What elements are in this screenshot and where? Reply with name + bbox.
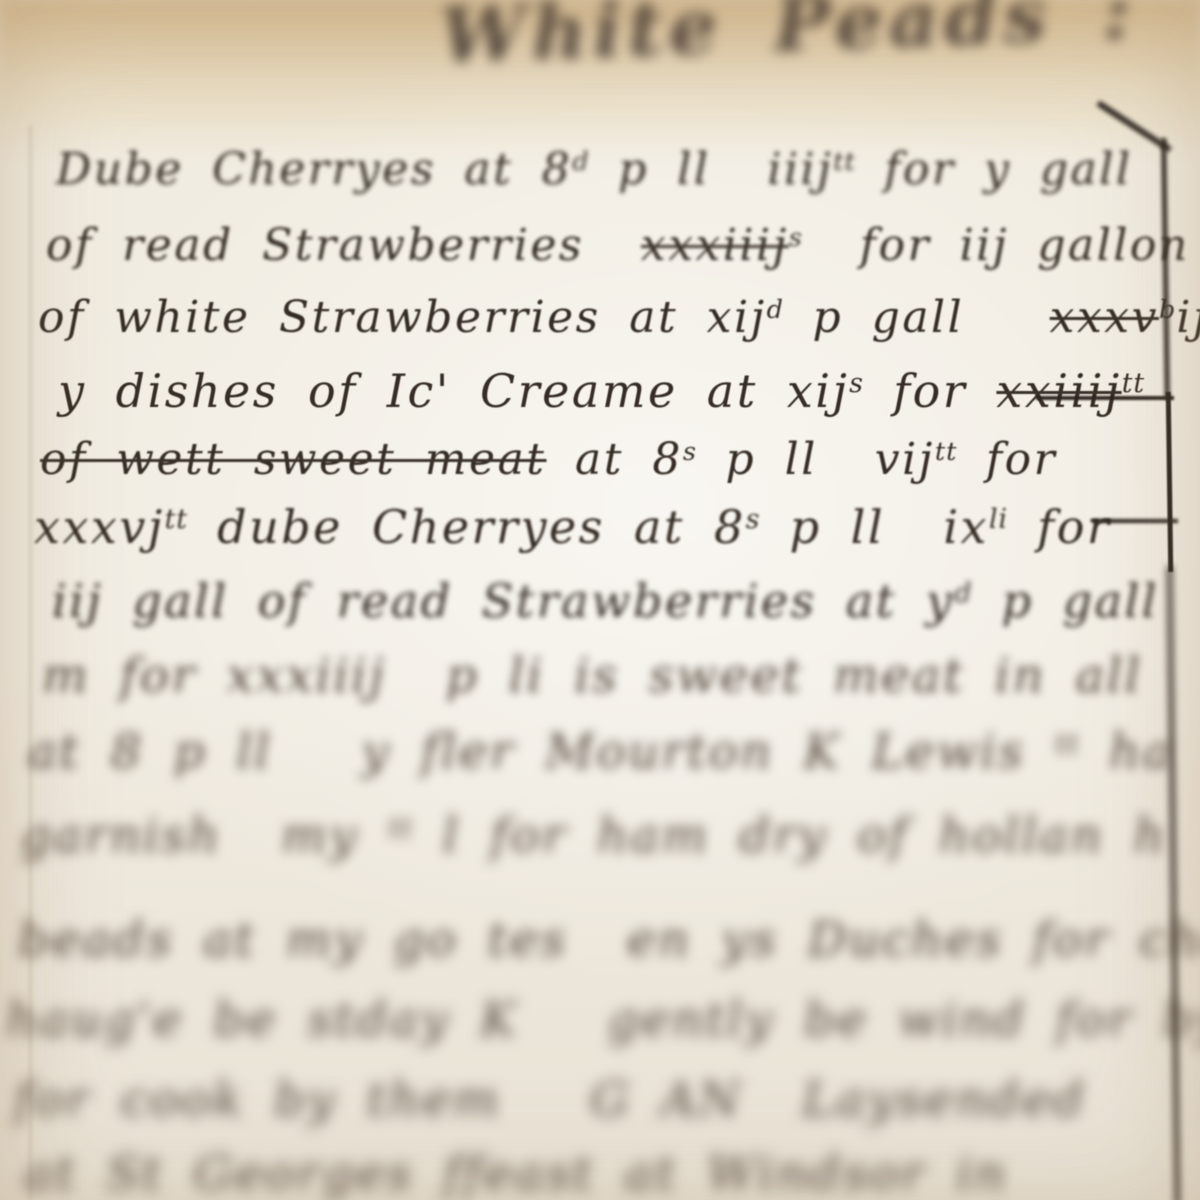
manuscript-text-segment: beads at my go tes en ys Duches for che	[18, 912, 1200, 968]
manuscript-text-segment: s	[683, 437, 697, 467]
manuscript-text-segment: xxxiiij	[641, 220, 789, 271]
manuscript-line: at 8 p ll y fler Mourton K Lewis tt ha	[28, 728, 1174, 776]
manuscript-text-segment: tt	[1122, 368, 1145, 399]
manuscript-text-segment: for iij gallon	[803, 220, 1190, 271]
manuscript-text-segment: d	[767, 295, 784, 325]
manuscript-line: for cook by them G AN Laysended	[14, 1076, 1086, 1124]
manuscript-text-segment: at St Georges ffeast at Windsor in	[24, 1146, 1008, 1200]
manuscript-text-segment: tt	[165, 504, 188, 535]
manuscript-text-segment: p ll	[697, 434, 875, 485]
manuscript-text-segment: li	[989, 504, 1008, 535]
manuscript-line: Dube Cherryes at 8d p ll iiijtt for y ga…	[56, 148, 1132, 192]
manuscript-text-segment: d	[572, 147, 589, 177]
manuscript-text-segment: ha	[1079, 724, 1173, 780]
manuscript-text-segment: at 8 p ll y fler Mourton K Lewis	[28, 724, 1055, 780]
ledger-rule-vertical-middle	[1166, 392, 1174, 572]
manuscript-text-segment: p gall	[784, 292, 1050, 343]
ledger-rule-tick-lower	[1092, 519, 1178, 523]
manuscript-text-segment: y dishes of Ic' Creame at xij	[58, 364, 849, 418]
manuscript-text-segment: of wett sweet meat	[40, 434, 546, 485]
manuscript-text-segment: s	[789, 223, 803, 253]
manuscript-text-segment: haug'e be stday K gently be wind for by	[6, 992, 1200, 1048]
manuscript-text-segment: d	[954, 578, 972, 609]
manuscript-text-segment: iiij	[767, 144, 833, 195]
manuscript-line: at St Georges ffeast at Windsor in	[24, 1150, 1008, 1198]
manuscript-text-segment: s	[849, 368, 864, 399]
manuscript-text-segment: ij	[1176, 292, 1200, 343]
manuscript-line: garnish my tt l for ham dry of hollan h	[20, 812, 1167, 860]
manuscript-text-segment: p ll ix	[760, 500, 989, 554]
manuscript-text-segment: vij	[875, 434, 935, 485]
ledger-rule-vertical-bottom	[1167, 566, 1180, 1200]
manuscript-text-segment: for y gall	[856, 144, 1133, 195]
manuscript-line: of wett sweet meat at 8s p ll vijtt for	[40, 438, 1057, 482]
manuscript-text-segment: garnish my	[20, 808, 389, 864]
manuscript-text-segment: tt	[389, 811, 413, 844]
manuscript-text-segment: tt	[833, 147, 856, 177]
manuscript-line: haug'e be stday K gently be wind for by	[6, 996, 1200, 1044]
manuscript-line: of read Strawberries xxxiiijs for iij ga…	[46, 224, 1190, 268]
manuscript-text-segment: xxxvj	[34, 500, 165, 554]
manuscript-text-segment: tt	[935, 437, 958, 467]
manuscript-line: iij gall of read Strawberries at yd p ga…	[52, 578, 1159, 624]
manuscript-text-segment: for	[864, 364, 996, 418]
manuscript-line: xxxvjtt dube Cherryes at 8s p ll ixli fo…	[34, 504, 1111, 550]
manuscript-text-segment: p ll	[590, 144, 768, 195]
manuscript-text-segment: for	[957, 434, 1057, 485]
manuscript-text-segment: tt	[1055, 727, 1079, 760]
manuscript-line: beads at my go tes en ys Duches for che	[18, 916, 1200, 964]
manuscript-text-segment: of white Strawberries at xij	[38, 292, 767, 343]
manuscript-text-segment: of read Strawberries	[46, 220, 641, 271]
manuscript-text-segment: p gall	[972, 574, 1159, 628]
manuscript-line: y dishes of Ic' Creame at xijs for xxiii…	[58, 368, 1145, 414]
manuscript-photo: White Peads : Dube Cherryes at 8d p ll i…	[0, 0, 1200, 1200]
manuscript-text-segment: dube Cherryes at 8	[188, 500, 746, 554]
manuscript-text-segment: at 8	[546, 434, 682, 485]
manuscript-line: m for xxxiiij p li is sweet meat in all	[42, 652, 1143, 700]
ledger-rule-tick-upper	[1036, 396, 1174, 400]
manuscript-text-segment: xxxv	[1050, 292, 1159, 343]
manuscript-text-segment: for	[1008, 500, 1111, 554]
manuscript-text-segment: for cook by them G AN Laysended	[14, 1072, 1086, 1128]
manuscript-text-segment: s	[746, 504, 761, 535]
manuscript-text-segment: xxiiij	[996, 364, 1121, 418]
manuscript-text-segment: l for ham dry of hollan h	[413, 808, 1167, 864]
manuscript-text-segment: iij gall of read Strawberries at y	[52, 574, 954, 628]
manuscript-text-segment: m for xxxiiij p li is sweet meat in all	[42, 648, 1143, 704]
manuscript-text-segment: Dube Cherryes at 8	[56, 144, 572, 195]
manuscript-line: of white Strawberries at xijd p gall xxx…	[38, 296, 1200, 340]
